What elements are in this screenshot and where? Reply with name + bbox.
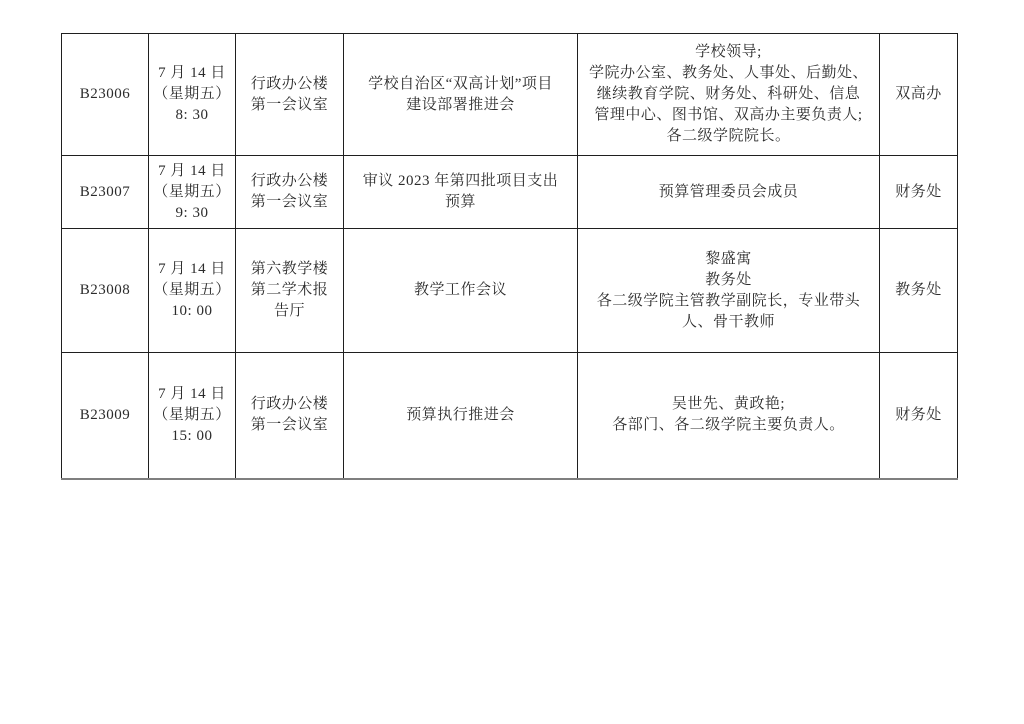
meeting-topic: 审议 2023 年第四批项目支出 预算 xyxy=(344,156,578,229)
table-row: B23007 7 月 14 日 （星期五） 9: 30 行政办公楼 第一会议室 … xyxy=(62,156,958,229)
meeting-location: 行政办公楼 第一会议室 xyxy=(236,156,344,229)
meeting-topic: 教学工作会议 xyxy=(344,229,578,353)
meeting-schedule-table: B23006 7 月 14 日 （星期五） 8: 30 行政办公楼 第一会议室 … xyxy=(61,33,958,480)
meeting-topic: 学校自治区“双高计划”项目 建设部署推进会 xyxy=(344,34,578,156)
meeting-id: B23007 xyxy=(62,156,149,229)
meeting-attendees: 黎盛寓 教务处 各二级学院主管教学副院长，专业带头 人、骨干教师 xyxy=(578,229,880,353)
table-row: B23008 7 月 14 日 （星期五） 10: 00 第六教学楼 第二学术报… xyxy=(62,229,958,353)
meeting-id: B23009 xyxy=(62,353,149,479)
meeting-datetime: 7 月 14 日 （星期五） 10: 00 xyxy=(149,229,236,353)
table-row: B23006 7 月 14 日 （星期五） 8: 30 行政办公楼 第一会议室 … xyxy=(62,34,958,156)
meeting-location: 第六教学楼 第二学术报 告厅 xyxy=(236,229,344,353)
meeting-organizer: 财务处 xyxy=(880,156,958,229)
meeting-location: 行政办公楼 第一会议室 xyxy=(236,353,344,479)
meeting-attendees: 学校领导; 学院办公室、教务处、人事处、后勤处、 继续教育学院、财务处、科研处、… xyxy=(578,34,880,156)
meeting-datetime: 7 月 14 日 （星期五） 8: 30 xyxy=(149,34,236,156)
meeting-attendees: 吴世先、黄政艳; 各部门、各二级学院主要负责人。 xyxy=(578,353,880,479)
meeting-organizer: 财务处 xyxy=(880,353,958,479)
meeting-attendees: 预算管理委员会成员 xyxy=(578,156,880,229)
meeting-topic: 预算执行推进会 xyxy=(344,353,578,479)
document-page: B23006 7 月 14 日 （星期五） 8: 30 行政办公楼 第一会议室 … xyxy=(0,0,1024,724)
table-row: B23009 7 月 14 日 （星期五） 15: 00 行政办公楼 第一会议室… xyxy=(62,353,958,479)
meeting-organizer: 双高办 xyxy=(880,34,958,156)
meeting-id: B23008 xyxy=(62,229,149,353)
meeting-datetime: 7 月 14 日 （星期五） 9: 30 xyxy=(149,156,236,229)
meeting-datetime: 7 月 14 日 （星期五） 15: 00 xyxy=(149,353,236,479)
meeting-organizer: 教务处 xyxy=(880,229,958,353)
meeting-id: B23006 xyxy=(62,34,149,156)
meeting-location: 行政办公楼 第一会议室 xyxy=(236,34,344,156)
